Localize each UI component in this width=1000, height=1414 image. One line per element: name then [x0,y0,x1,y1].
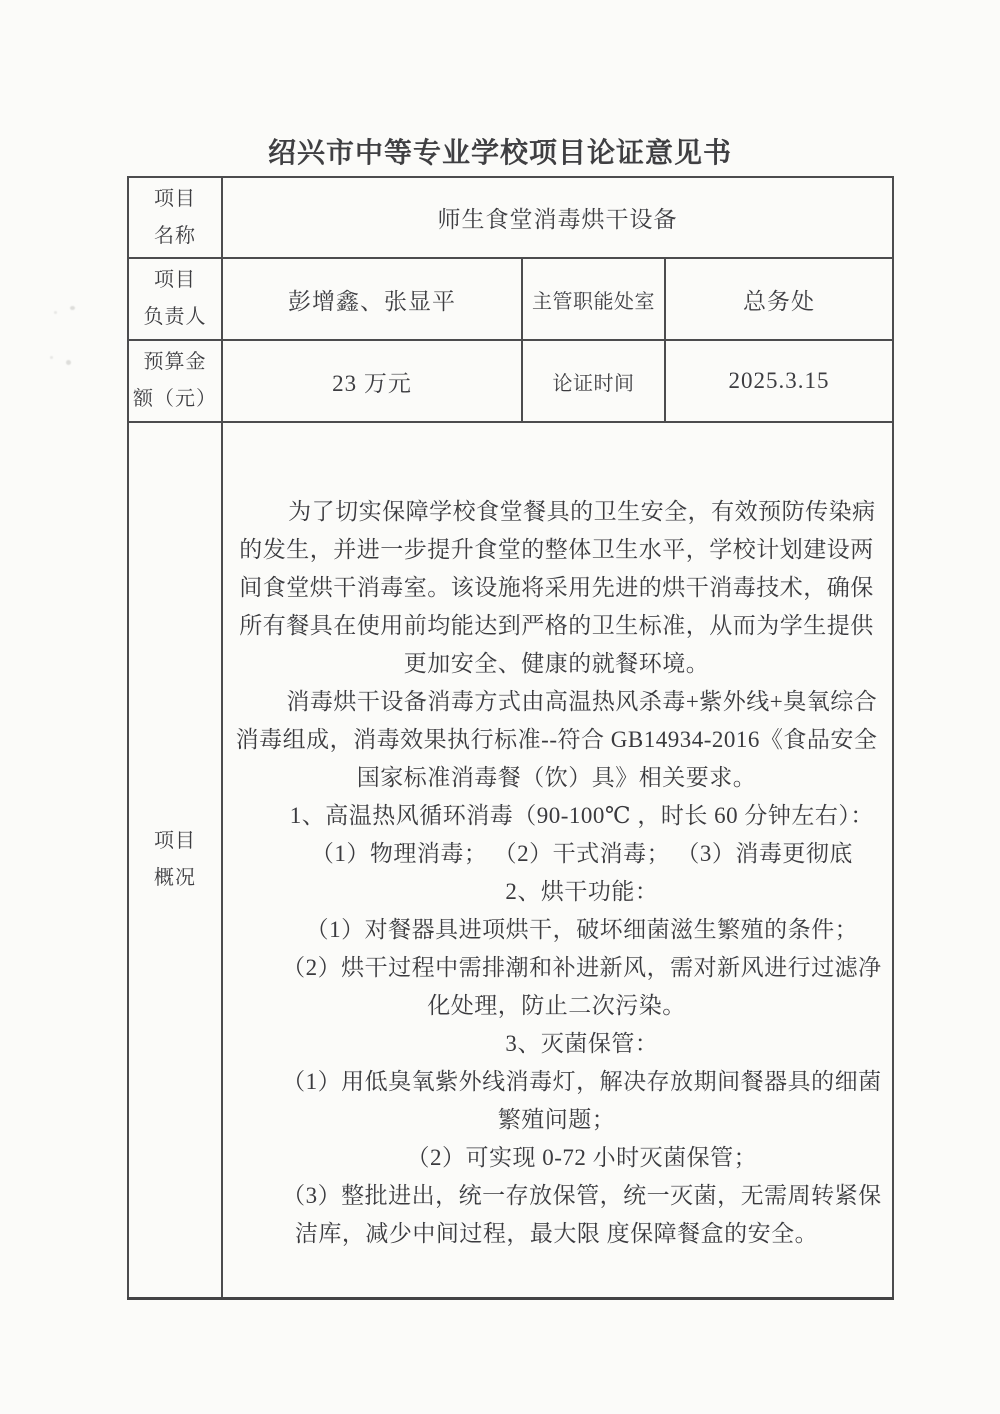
project-leader-label-line1: 项目 [129,262,221,299]
row-project-overview: 项目 概况 为了切实保障学校食堂餐具的卫生安全，有效预防传染病的发生，并进一步提… [128,422,893,1298]
project-leader-label: 项目 负责人 [128,258,222,340]
project-overview-label-line2: 概况 [129,860,221,897]
overview-paragraph: （1）对餐器具进项烘干，破坏细菌滋生繁殖的条件； [229,911,884,949]
budget-label-line1: 预算金 [129,344,221,381]
scan-artifact [50,356,53,359]
budget-label-line2: 额（元） [129,381,221,418]
supervising-department-label: 主管职能处室 [522,258,665,340]
overview-paragraph: （3）整批进出，统一存放保管，统一灭菌，无需周转紧保洁库，减少中间过程，最大限 … [229,1177,884,1253]
row-project-name: 项目 名称 师生食堂消毒烘干设备 [128,177,893,258]
project-review-form-table: 项目 名称 师生食堂消毒烘干设备 项目 负责人 彭增鑫、张显平 主管职能处室 总… [127,176,894,1300]
scanned-document-page: 绍兴市中等专业学校项目论证意见书 项目 名称 师生食堂消毒烘干设备 项目 负责人… [0,0,1000,1414]
scan-artifact [54,311,57,314]
project-leader-value: 彭增鑫、张显平 [222,258,522,340]
scan-artifact [70,306,75,310]
row-budget: 预算金 额（元） 23 万元 论证时间 2025.3.15 [128,340,893,422]
project-name-label: 项目 名称 [128,177,222,258]
project-overview-content: 为了切实保障学校食堂餐具的卫生安全，有效预防传染病的发生，并进一步提升食堂的整体… [222,422,893,1298]
review-time-value: 2025.3.15 [665,340,893,422]
project-overview-label: 项目 概况 [128,422,222,1298]
overview-paragraph: 1、高温热风循环消毒（90-100℃ ，时长 60 分钟左右）： [229,797,884,835]
overview-paragraph: （1）物理消毒； （2）干式消毒； （3）消毒更彻底 [229,835,884,873]
overview-paragraph: （2）烘干过程中需排潮和补进新风，需对新风进行过滤净化处理，防止二次污染。 [229,949,884,1025]
overview-paragraph: （2）可实现 0-72 小时灭菌保管； [229,1139,884,1177]
project-name-label-line2: 名称 [129,218,221,255]
overview-paragraph: 为了切实保障学校食堂餐具的卫生安全，有效预防传染病的发生，并进一步提升食堂的整体… [229,493,884,683]
row-project-leader: 项目 负责人 彭增鑫、张显平 主管职能处室 总务处 [128,258,893,340]
project-overview-label-line1: 项目 [129,823,221,860]
document-title: 绍兴市中等专业学校项目论证意见书 [0,131,1000,171]
review-time-label: 论证时间 [522,340,665,422]
overview-paragraph: 2、烘干功能： [229,873,884,911]
project-name-value: 师生食堂消毒烘干设备 [222,177,893,258]
overview-paragraph: （1）用低臭氧紫外线消毒灯，解决存放期间餐器具的细菌繁殖问题； [229,1063,884,1139]
supervising-department-value: 总务处 [665,258,893,340]
project-leader-label-line2: 负责人 [129,299,221,336]
overview-paragraph: 消毒烘干设备消毒方式由高温热风杀毒+紫外线+臭氧综合消毒组成，消毒效果执行标准-… [229,683,884,797]
scan-artifact [66,360,71,365]
project-name-label-line1: 项目 [129,181,221,218]
budget-label: 预算金 额（元） [128,340,222,422]
budget-value: 23 万元 [222,340,522,422]
overview-paragraph: 3、灭菌保管： [229,1025,884,1063]
